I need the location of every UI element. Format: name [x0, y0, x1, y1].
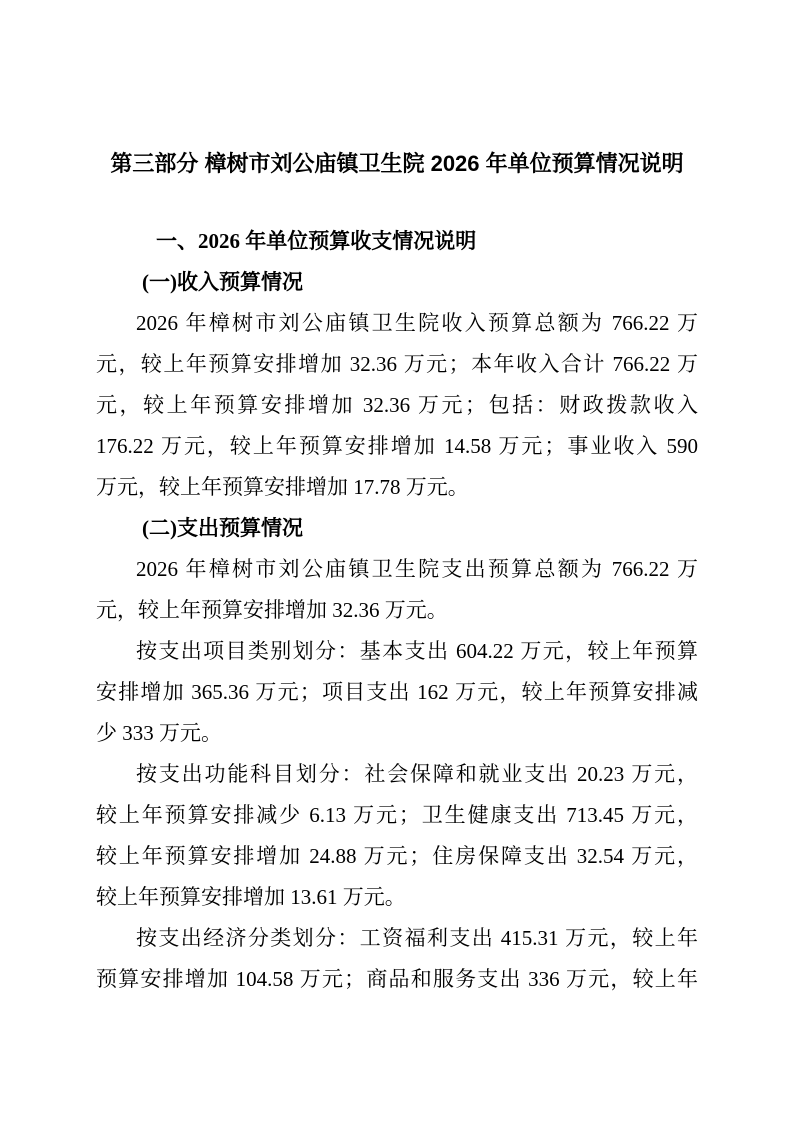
paragraph-line: 较上年预算安排减少 6.13 万元；卫生健康支出 713.45 万元，: [96, 795, 698, 836]
page-content: 第三部分 樟树市刘公庙镇卫生院 2026 年单位预算情况说明 一、2026 年单…: [96, 0, 698, 1000]
paragraph-line: 元，较上年预算安排增加 32.36 万元；包括：财政拨款收入: [96, 385, 698, 426]
paragraph-line: 按支出经济分类划分：工资福利支出 415.31 万元，较上年: [96, 918, 698, 959]
document-page: 第三部分 樟树市刘公庙镇卫生院 2026 年单位预算情况说明 一、2026 年单…: [0, 0, 793, 1122]
paragraph-line: 少 333 万元。: [96, 713, 698, 754]
income-subsection-heading: (一)收入预算情况: [142, 262, 698, 303]
paragraph-line: 安排增加 365.36 万元；项目支出 162 万元，较上年预算安排减: [96, 672, 698, 713]
expense-subsection-heading: (二)支出预算情况: [142, 508, 698, 549]
paragraph-line: 2026 年樟树市刘公庙镇卫生院支出预算总额为 766.22 万: [96, 549, 698, 590]
document-body: 一、2026 年单位预算收支情况说明 (一)收入预算情况 2026 年樟树市刘公…: [96, 221, 698, 1000]
document-title: 第三部分 樟树市刘公庙镇卫生院 2026 年单位预算情况说明: [96, 148, 698, 180]
paragraph-line: 较上年预算安排增加 13.61 万元。: [96, 877, 698, 918]
paragraph-line: 万元，较上年预算安排增加 17.78 万元。: [96, 467, 698, 508]
paragraph-line: 预算安排增加 104.58 万元；商品和服务支出 336 万元，较上年: [96, 959, 698, 1000]
paragraph-line: 较上年预算安排增加 24.88 万元；住房保障支出 32.54 万元，: [96, 836, 698, 877]
paragraph-line: 2026 年樟树市刘公庙镇卫生院收入预算总额为 766.22 万: [96, 303, 698, 344]
paragraph-line: 元，较上年预算安排增加 32.36 万元；本年收入合计 766.22 万: [96, 344, 698, 385]
paragraph-line: 元，较上年预算安排增加 32.36 万元。: [96, 590, 698, 631]
section-heading: 一、2026 年单位预算收支情况说明: [156, 221, 698, 262]
paragraph-line: 按支出功能科目划分：社会保障和就业支出 20.23 万元，: [96, 754, 698, 795]
paragraph-line: 176.22 万元，较上年预算安排增加 14.58 万元；事业收入 590: [96, 426, 698, 467]
paragraph-line: 按支出项目类别划分：基本支出 604.22 万元，较上年预算: [96, 631, 698, 672]
